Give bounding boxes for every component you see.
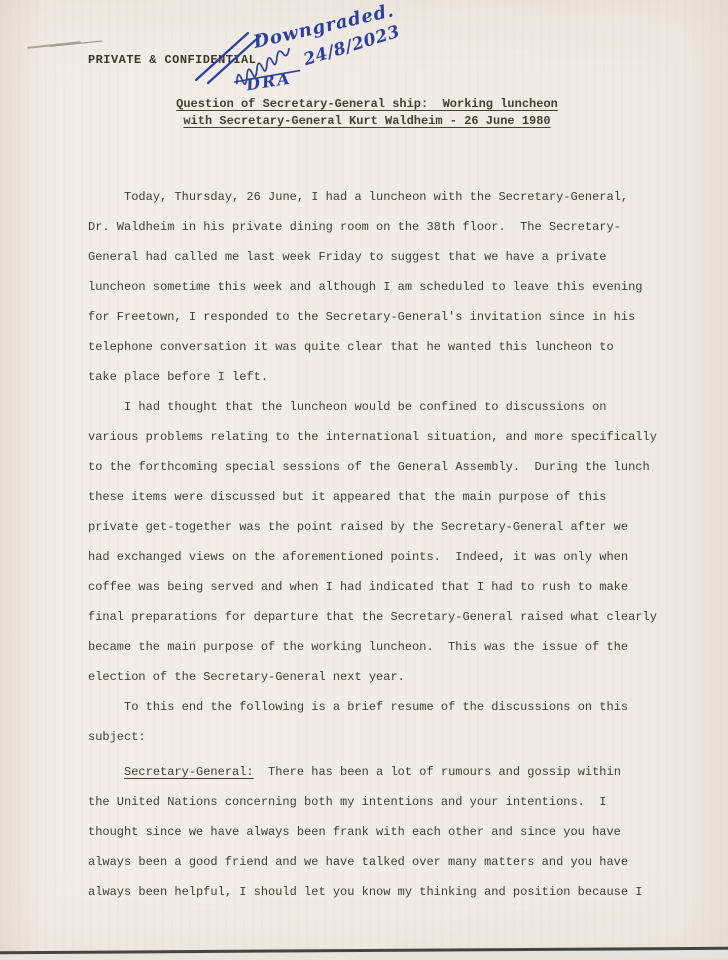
paragraph-2: I had thought that the luncheon would be…	[88, 392, 694, 692]
paragraph-1: Today, Thursday, 26 June, I had a lunche…	[88, 182, 694, 392]
secretary-general-text: There has been a lot of rumours and goss…	[88, 765, 643, 899]
document-body: Today, Thursday, 26 June, I had a lunche…	[88, 182, 694, 907]
document-title: Question of Secretary-General ship: Work…	[84, 96, 650, 130]
secretary-general-lead-in: Secretary-General:	[124, 765, 254, 779]
document-title-line2: with Secretary-General Kurt Waldheim - 2…	[84, 113, 650, 130]
staple-mark	[27, 41, 81, 49]
scanned-document-page: PRIVATE & CONFIDENTIAL Downgraded. DRA 2…	[0, 0, 728, 960]
paragraph-3: To this end the following is a brief res…	[88, 692, 694, 752]
paragraph-indent	[88, 765, 124, 779]
document-title-line1: Question of Secretary-General ship: Work…	[84, 96, 650, 113]
paragraph-secretary-general: Secretary-General: There has been a lot …	[88, 757, 694, 907]
